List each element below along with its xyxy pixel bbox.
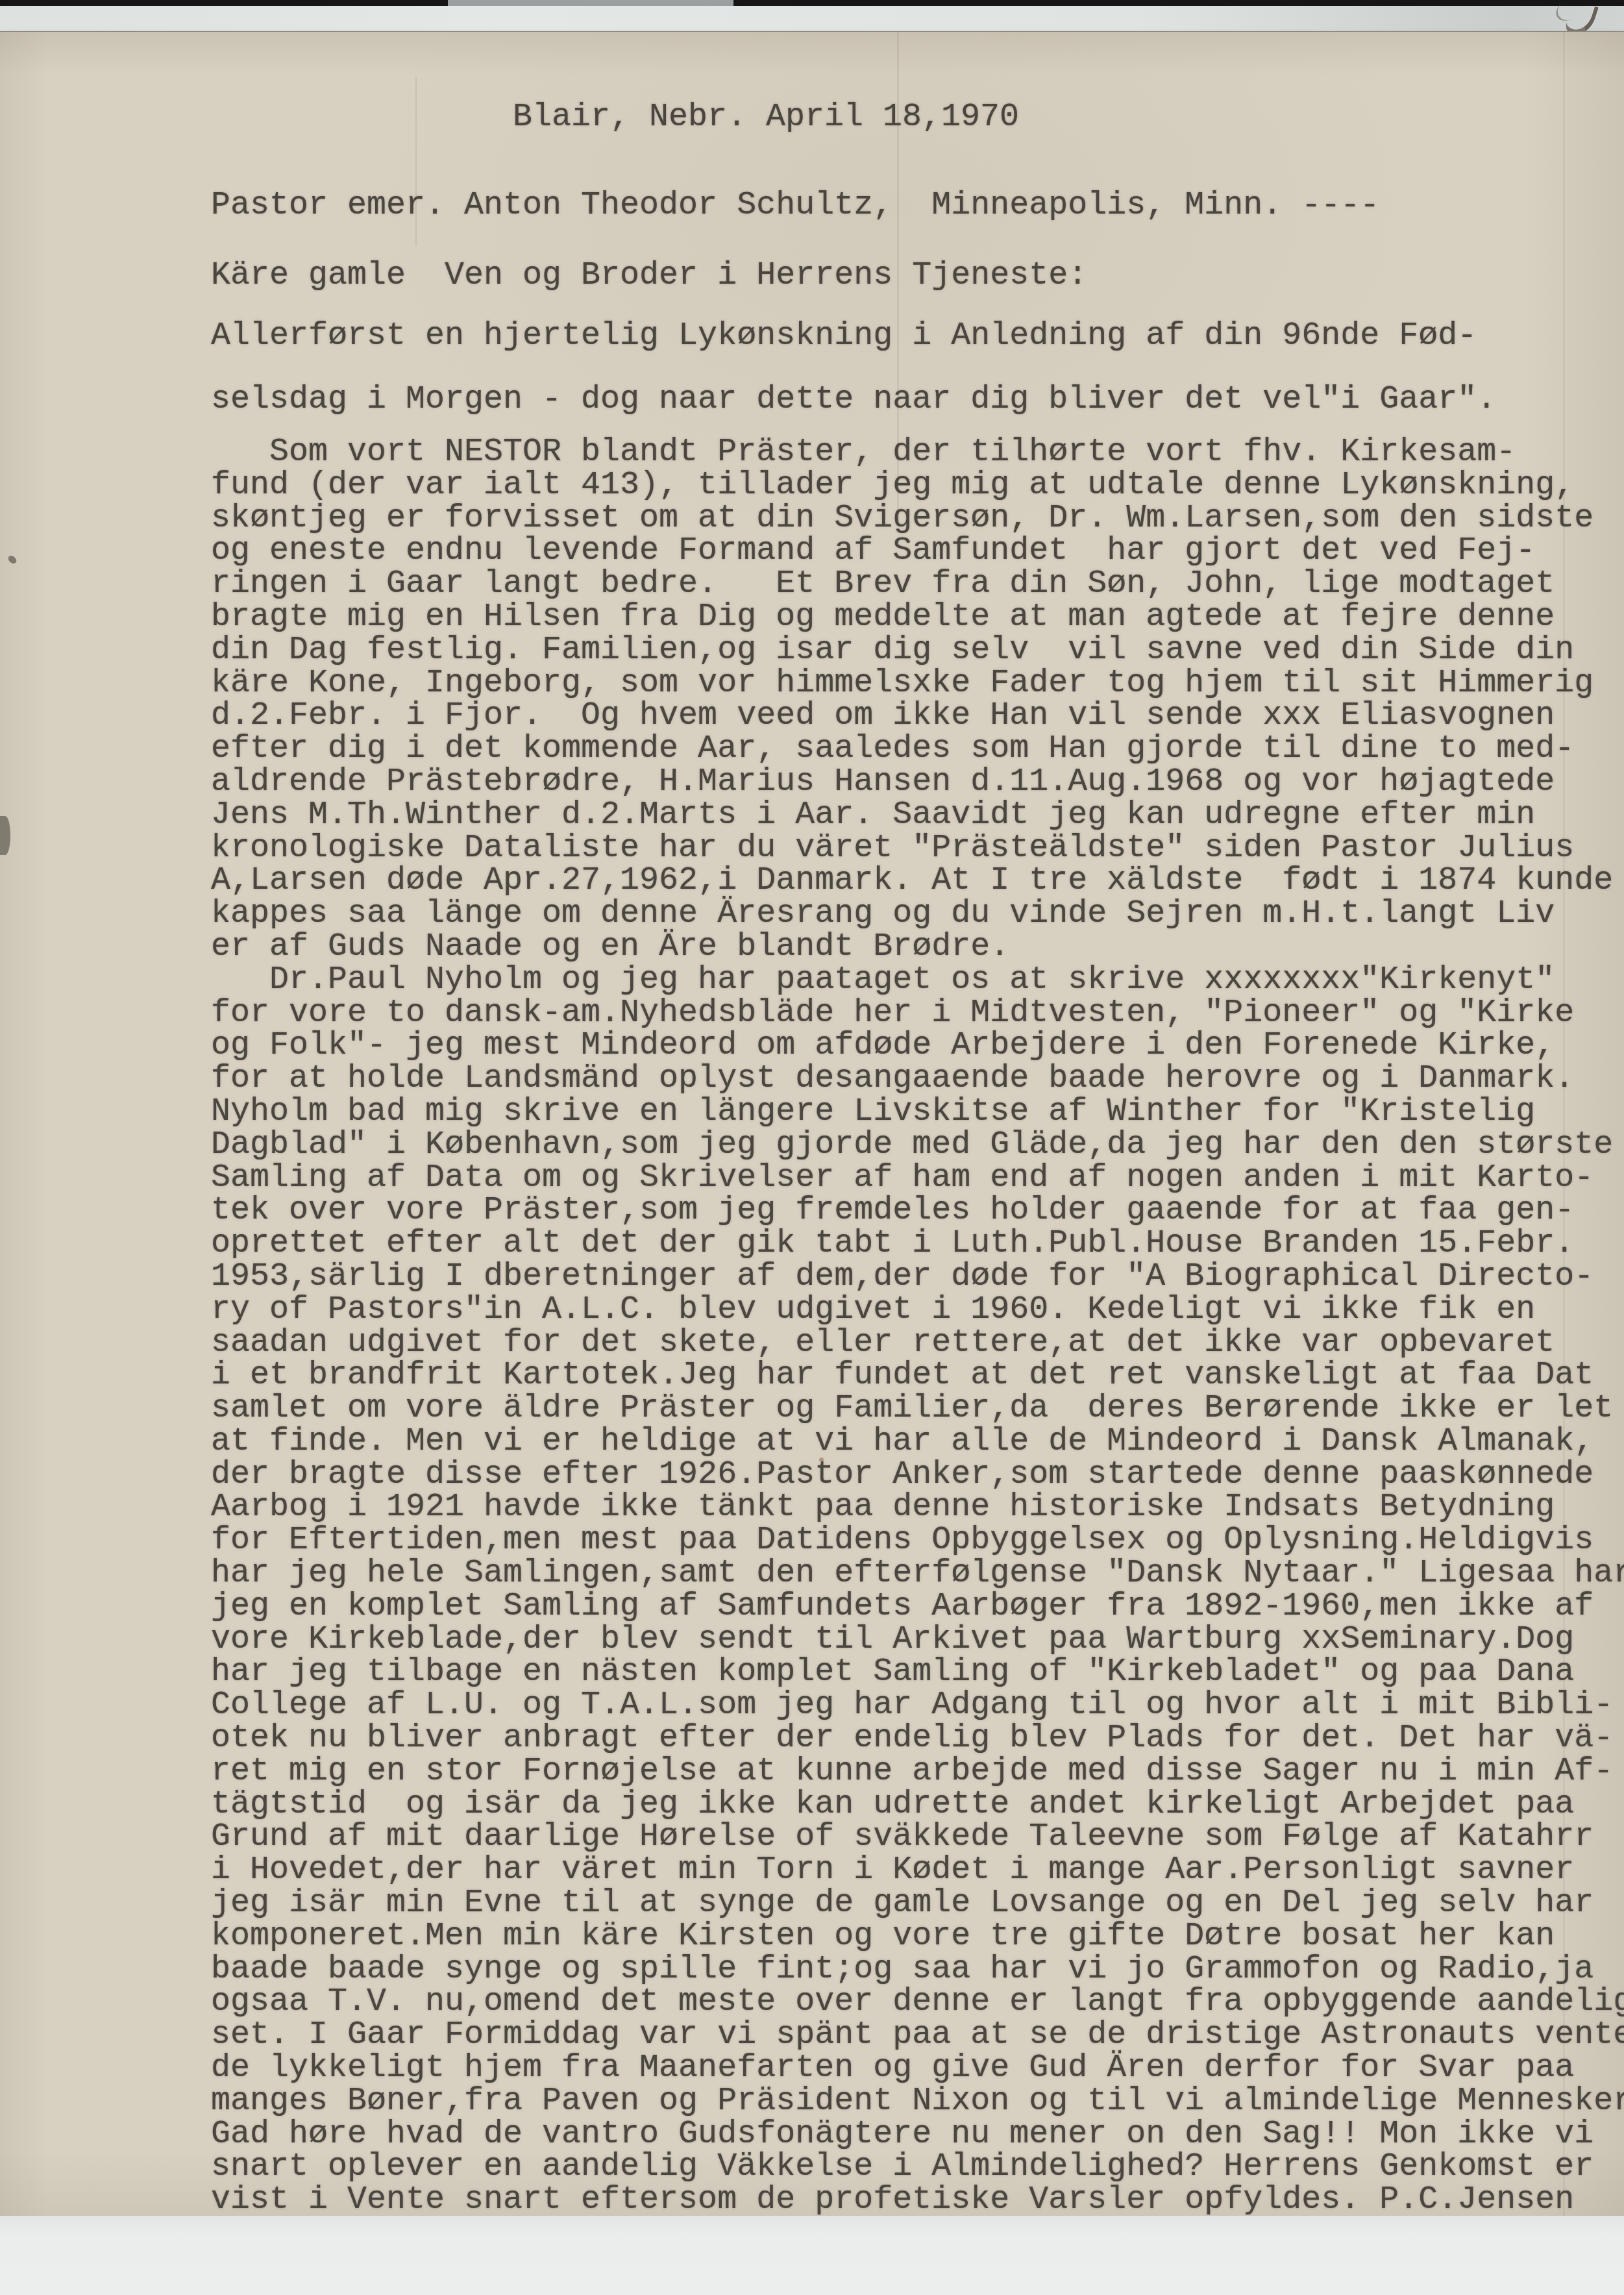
scanner-edge-bar-gap (448, 0, 733, 6)
scanned-letter-screenshot: { "letter": { "dateline": "Blair, Nebr. … (0, 0, 1624, 2295)
paragraph-1: Som vort NESTOR blandt Präster, der tilh… (211, 436, 1624, 964)
scanner-edge-bar (733, 0, 1624, 6)
opening-line-1: Allerførst en hjertelig Lykønskning i An… (211, 320, 1624, 353)
letter-page: Blair, Nebr. April 18,1970 Pastor emer. … (0, 31, 1624, 2216)
scanner-backing-top (0, 0, 1624, 31)
opening-line-2: selsdag i Morgen - dog naar dette naar d… (211, 384, 1624, 417)
scanner-backing-bottom (0, 2216, 1624, 2295)
paragraph-2: Dr.Paul Nyholm og jeg har paataget os at… (211, 964, 1624, 2217)
salutation-line: Käre gamle Ven og Broder i Herrens Tjene… (211, 260, 1624, 293)
paper-speck (6, 554, 18, 565)
letter-body: Blair, Nebr. April 18,1970 Pastor emer. … (211, 101, 1624, 2217)
recipient-line: Pastor emer. Anton Theodor Schultz, Minn… (211, 190, 1624, 223)
dateline: Blair, Nebr. April 18,1970 (513, 101, 1624, 134)
scanner-edge-bar (0, 0, 448, 6)
paper-edge-mark (0, 816, 10, 855)
